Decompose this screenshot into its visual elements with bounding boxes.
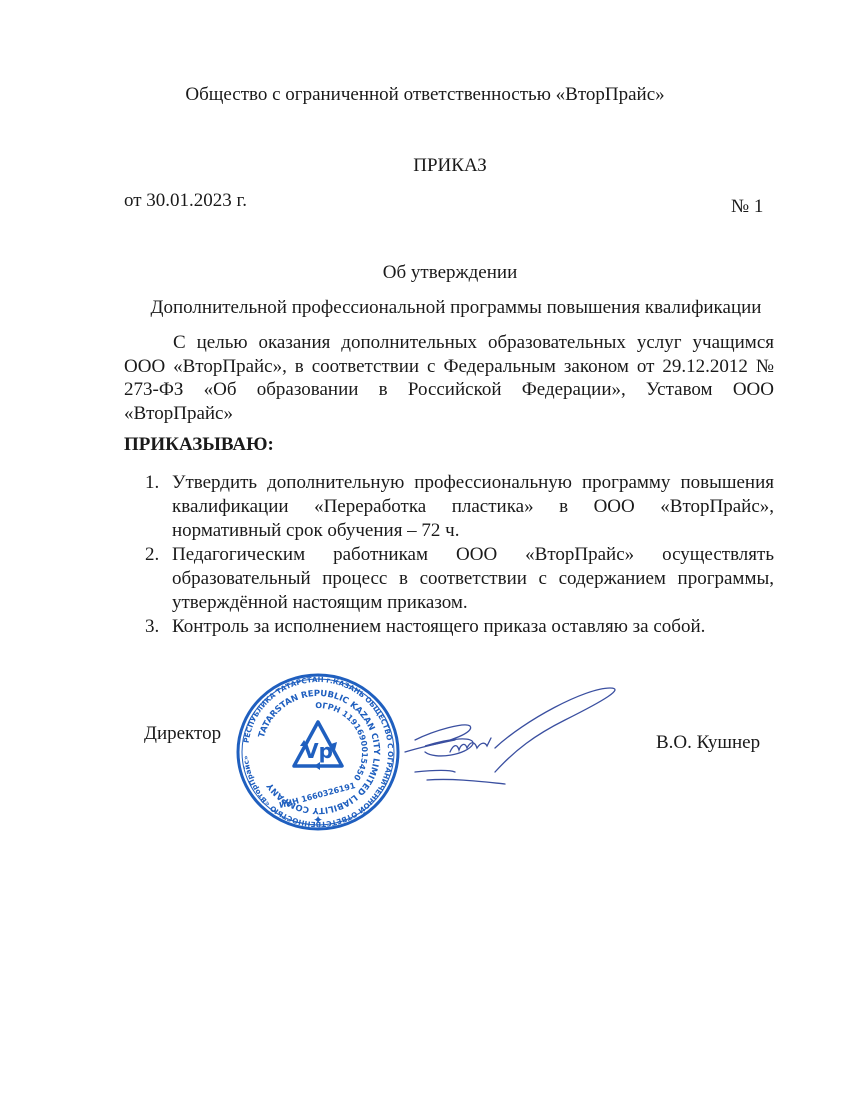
subject-line-1: Об утверждении [0,262,850,284]
preamble-paragraph: С целью оказания дополнительных образова… [124,331,774,425]
order-items-list: 1. Утвердить дополнительную профессионал… [145,471,774,639]
subject-line-2: Дополнительной профессиональной программ… [0,297,850,319]
signature-icon [395,680,650,795]
organization-name: Общество с ограниченной ответственностью… [0,84,850,106]
item-text: Контроль за исполнением настоящего прика… [172,616,705,637]
order-item: 3. Контроль за исполнением настоящего пр… [145,615,774,639]
company-stamp-icon: РЕСПУБЛИКА ТАТАРСТАН г.КАЗАНЬ ОБЩЕСТВО С… [234,672,402,832]
item-number: 2. [145,543,159,567]
item-text: Педагогическим работникам ООО «ВторПрайс… [172,544,774,613]
svg-text:Vp: Vp [303,739,333,763]
order-number: № 1 [731,196,763,218]
item-number: 1. [145,471,159,495]
signatory-position: Директор [144,723,221,745]
item-number: 3. [145,615,159,639]
item-text: Утвердить дополнительную профессиональну… [172,472,774,541]
order-item: 1. Утвердить дополнительную профессионал… [145,471,774,543]
svg-text:✦: ✦ [313,813,323,827]
signatory-name: В.О. Кушнер [656,732,760,754]
document-type: ПРИКАЗ [0,155,850,177]
order-date: от 30.01.2023 г. [124,190,247,212]
order-heading: ПРИКАЗЫВАЮ: [124,434,274,456]
order-item: 2. Педагогическим работникам ООО «ВторПр… [145,543,774,615]
